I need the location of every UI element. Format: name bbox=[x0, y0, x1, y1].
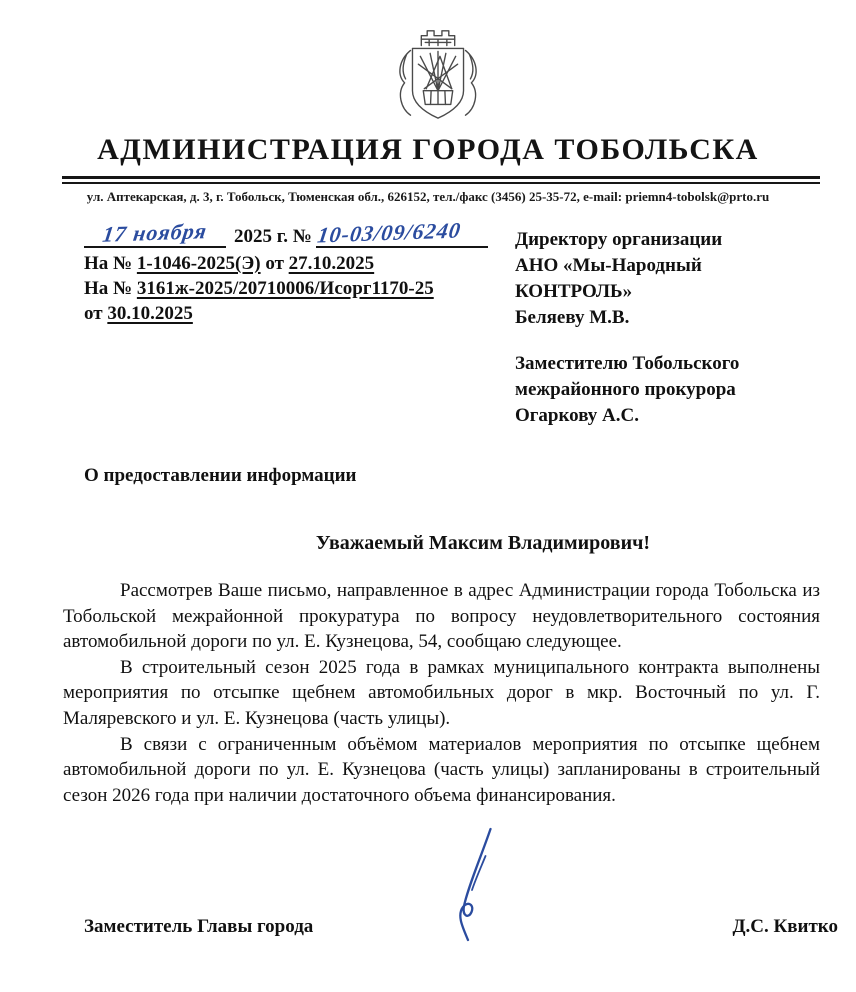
handwritten-date: 17 ноября bbox=[101, 219, 209, 247]
addressee-gap bbox=[515, 331, 835, 351]
addressee-line: межрайонного прокурора bbox=[515, 377, 835, 403]
letter-body: Рассмотрев Ваше письмо, направленное в а… bbox=[63, 578, 820, 808]
signer-name: Д.С. Квитко bbox=[732, 916, 838, 938]
handwritten-outgoing-number: 10-03/09/6240 bbox=[316, 219, 463, 248]
addressee-line: Огаркову А.С. bbox=[515, 403, 835, 429]
salutation: Уважаемый Максим Владимирович! bbox=[0, 532, 856, 555]
addressee-line: КОНТРОЛЬ» bbox=[515, 279, 835, 305]
reference-block: 17 ноября 2025 г. № 10-03/09/6240 На № 1… bbox=[84, 216, 519, 326]
incoming-ref-1-number: 1-1046-2025(Э) bbox=[137, 253, 261, 274]
body-paragraph-3: В связи с ограниченным объёмом материало… bbox=[63, 732, 820, 809]
date-number-line: 17 ноября 2025 г. № 10-03/09/6240 bbox=[84, 216, 519, 248]
handwritten-date-field: 17 ноября bbox=[84, 221, 226, 248]
addressee-line: Беляеву М.В. bbox=[515, 305, 835, 331]
addressee-block: Директору организации АНО «Мы-Народный К… bbox=[515, 227, 835, 429]
subject-line: О предоставлении информации bbox=[84, 465, 357, 487]
incoming-ref-2-number: 3161ж-2025/20710006/Исорг1170-25 bbox=[137, 278, 434, 299]
tobolsk-coat-of-arms-icon bbox=[388, 20, 488, 128]
incoming-ref-2-date-line: от 30.10.2025 bbox=[84, 301, 519, 326]
year-number-label: 2025 г. № bbox=[234, 226, 312, 248]
body-paragraph-1: Рассмотрев Ваше письмо, направленное в а… bbox=[63, 578, 820, 655]
blue-ink-signature-icon bbox=[438, 826, 514, 944]
signer-position: Заместитель Главы города bbox=[84, 916, 313, 938]
org-address-line: ул. Аптекарская, д. 3, г. Тобольск, Тюме… bbox=[0, 189, 856, 205]
addressee-line: АНО «Мы-Народный bbox=[515, 253, 835, 279]
incoming-ref-1: На № 1-1046-2025(Э) от 27.10.2025 bbox=[84, 251, 519, 276]
org-title: АДМИНИСТРАЦИЯ ГОРОДА ТОБОЛЬСКА bbox=[0, 133, 856, 167]
addressee-line: Заместителю Тобольского bbox=[515, 351, 835, 377]
incoming-ref-2-date: 30.10.2025 bbox=[107, 303, 193, 324]
incoming-ref-1-date: 27.10.2025 bbox=[289, 253, 375, 274]
addressee-line: Директору организации bbox=[515, 227, 835, 253]
handwritten-number-field: 10-03/09/6240 bbox=[316, 221, 488, 248]
body-paragraph-2: В строительный сезон 2025 года в рамках … bbox=[63, 655, 820, 732]
letter-page: АДМИНИСТРАЦИЯ ГОРОДА ТОБОЛЬСКА ул. Аптек… bbox=[0, 0, 856, 992]
incoming-ref-2: На № 3161ж-2025/20710006/Исорг1170-25 bbox=[84, 276, 519, 301]
header-divider bbox=[62, 176, 820, 184]
